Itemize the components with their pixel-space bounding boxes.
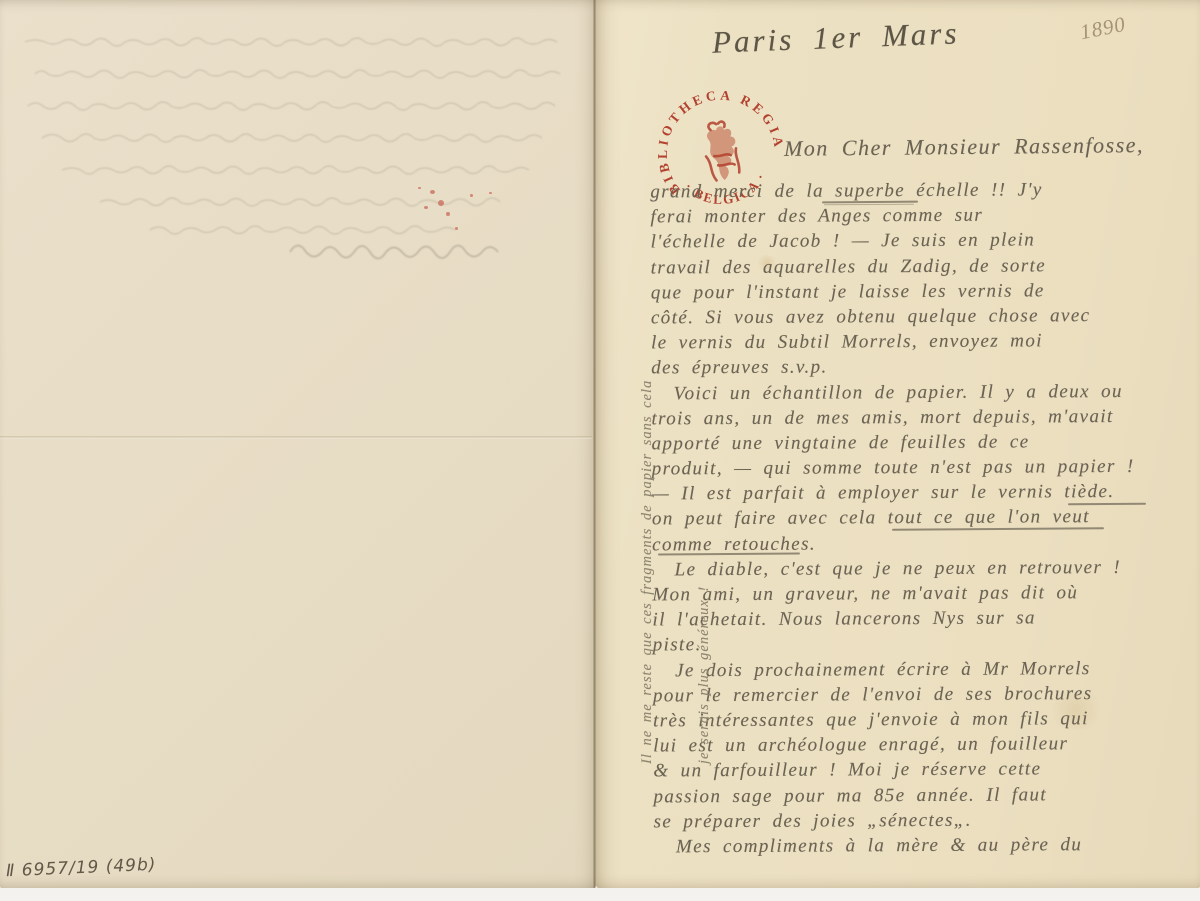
page-fold-seam: [593, 0, 596, 888]
margin-note-line: Il ne me reste que ces fragments de papi…: [638, 116, 657, 764]
letter-greeting: Mon Cher Monsieur Rassenfosse,: [784, 132, 1144, 162]
letter-line: passion sage pour ma 85e année. Il faut: [653, 781, 1200, 809]
letter-scan: BIBLIOTHECA REGIA · BELGICA · Paris 1er …: [0, 0, 1200, 901]
stamp-bleed-speck: [470, 194, 473, 197]
stamp-bleed-speck: [438, 200, 444, 206]
stamp-bleed-speck: [430, 190, 435, 194]
stamp-bleed-speck: [446, 212, 450, 216]
margin-note-line: je serais plus généreux !: [695, 116, 714, 764]
left-page: [0, 0, 596, 888]
fold-crease: [0, 436, 592, 439]
stamp-bleed-speck: [489, 192, 492, 194]
ghost-writing: [0, 0, 596, 888]
letter-line: se préparer des joies „sénectes„.: [654, 806, 1200, 834]
margin-note: Il ne me reste que ces fragments de papi…: [600, 116, 752, 764]
stamp-bleed-speck: [424, 206, 428, 209]
stamp-bleed-speck: [418, 187, 421, 189]
letter-line: Mes compliments à la mère & au père du: [654, 831, 1200, 859]
stamp-bleed-speck: [455, 227, 458, 230]
